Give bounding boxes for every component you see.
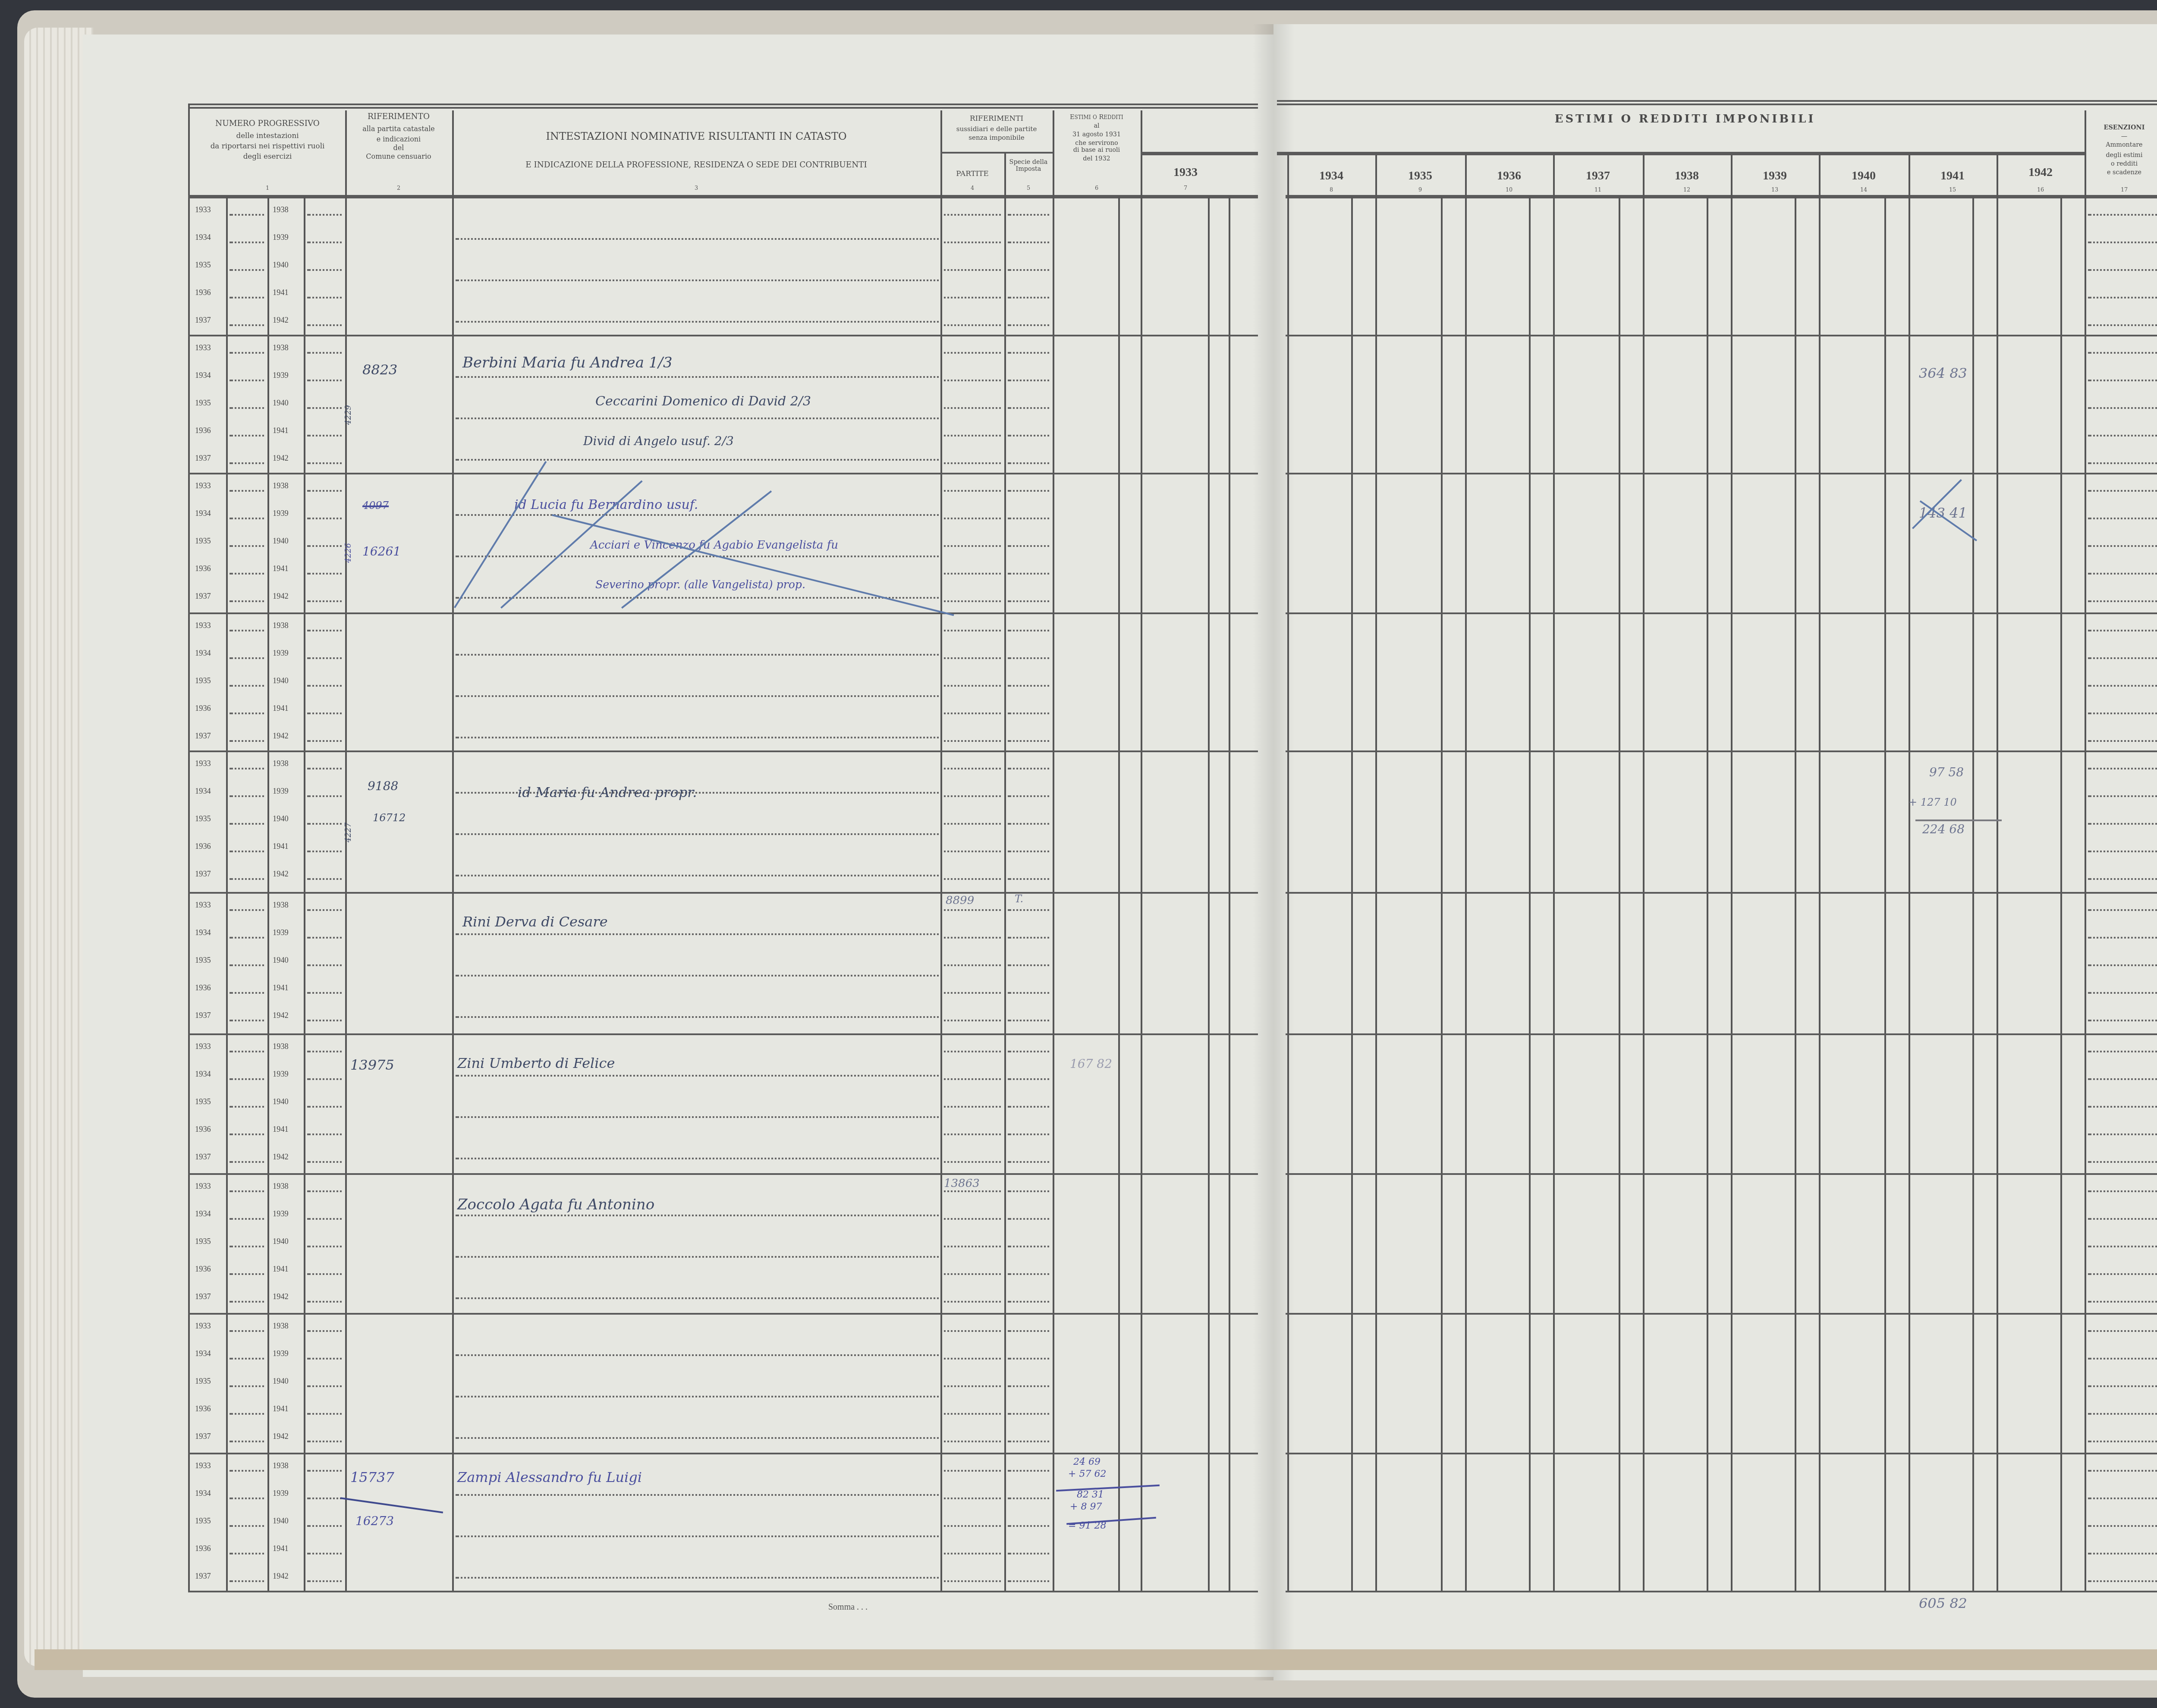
- year-label: 1937: [195, 592, 211, 600]
- year-label: 1940: [273, 1097, 289, 1106]
- dotted-rule: [456, 654, 939, 656]
- year-label: 1935: [195, 814, 211, 823]
- year-label: 1935: [195, 1377, 211, 1385]
- year-label: 1936: [195, 1265, 211, 1273]
- dotted-rule: [1008, 1498, 1049, 1499]
- dotted-rule: [944, 909, 1001, 911]
- year-label: 1940: [273, 261, 289, 269]
- dotted-rule: [456, 1354, 939, 1356]
- dotted-rule: [307, 1020, 342, 1021]
- dotted-rule: [1008, 878, 1049, 880]
- col-divider: [1529, 197, 1531, 1591]
- dotted-rule: [2088, 657, 2157, 659]
- dotted-rule: [1008, 657, 1049, 659]
- dotted-rule: [2088, 1441, 2157, 1442]
- year-label: 1936: [195, 288, 211, 297]
- dotted-rule: [230, 1580, 264, 1582]
- entry-2-1941-value: 364 83: [1919, 366, 1967, 381]
- year-label: 1941: [273, 704, 289, 713]
- dotted-rule: [307, 297, 342, 298]
- dotted-rule: [230, 630, 264, 631]
- frame-left: [188, 104, 190, 1591]
- dotted-rule: [307, 380, 342, 381]
- dotted-rule: [230, 490, 264, 492]
- dotted-rule: [456, 695, 939, 697]
- header-bottom-rule: [188, 195, 1258, 198]
- dotted-rule: [230, 297, 264, 298]
- year-label: 1939: [273, 1349, 289, 1358]
- col-number: 11: [1553, 186, 1643, 193]
- header-year-1937: 1937: [1553, 169, 1643, 183]
- dotted-rule: [944, 630, 1001, 631]
- year-label: 1939: [273, 509, 289, 518]
- col-divider: [1884, 197, 1886, 1591]
- year-label: 1941: [273, 983, 289, 992]
- dotted-rule: [2088, 380, 2157, 381]
- entry-3-riferimento-old: 4097: [362, 500, 389, 512]
- year-label: 1937: [195, 1432, 211, 1441]
- dotted-rule: [1008, 740, 1049, 742]
- col-divider: [1375, 155, 1377, 1591]
- dotted-rule: [944, 992, 1001, 994]
- dotted-rule: [2088, 992, 2157, 994]
- entry-2-progressivo: 4229: [346, 405, 354, 425]
- dotted-rule: [944, 1580, 1001, 1582]
- dotted-rule: [307, 573, 342, 575]
- col-divider: [1004, 152, 1006, 1591]
- dotted-rule: [230, 1358, 264, 1359]
- entry-7-riferimento: 13975: [350, 1058, 394, 1073]
- year-label: 1940: [273, 1237, 289, 1246]
- col-divider: [1819, 155, 1821, 1591]
- dotted-rule: [944, 600, 1001, 602]
- year-label: 1938: [273, 1182, 289, 1190]
- header-col6-line: di base ai ruoli: [1053, 148, 1141, 156]
- header-col2-line: Comune censuario: [345, 152, 452, 162]
- right-page: [1273, 24, 2157, 1680]
- entry-5-1941-calc-total: 224 68: [1922, 823, 1965, 837]
- dotted-rule: [944, 1470, 1001, 1472]
- dotted-rule: [1008, 1273, 1049, 1275]
- entry-7-col6-value: 167 82: [1070, 1058, 1112, 1071]
- dotted-rule: [456, 597, 939, 599]
- year-label: 1937: [195, 870, 211, 878]
- dotted-rule: [307, 214, 342, 216]
- header-col1-line: degli esercizi: [190, 151, 345, 161]
- dotted-rule: [2088, 823, 2157, 825]
- dotted-rule: [456, 1256, 939, 1258]
- dotted-rule: [230, 573, 264, 575]
- dotted-rule: [1008, 685, 1049, 687]
- dotted-rule: [230, 435, 264, 436]
- year-label: 1933: [195, 1042, 211, 1051]
- dotted-rule: [307, 1273, 342, 1275]
- col-divider: [1909, 155, 1910, 1591]
- col-divider: [2085, 110, 2086, 1591]
- dotted-rule: [307, 1441, 342, 1442]
- entry-8-name: Zoccolo Agata fu Antonino: [457, 1197, 654, 1215]
- dotted-rule: [307, 1580, 342, 1582]
- entry-10-name: Zampi Alessandro fu Luigi: [457, 1470, 642, 1485]
- entry-3-name-line3: Severino propr. (alle Vangelista) prop.: [595, 580, 805, 592]
- dotted-rule: [944, 352, 1001, 354]
- year-label: 1942: [273, 732, 289, 740]
- dotted-rule: [456, 1535, 939, 1537]
- dotted-rule: [230, 1106, 264, 1108]
- dotted-rule: [1008, 851, 1049, 852]
- dotted-rule: [230, 1051, 264, 1052]
- header-col3-subtitle: E INDICAZIONE DELLA PROFESSIONE, RESIDEN…: [452, 162, 940, 173]
- dotted-rule: [230, 1246, 264, 1247]
- header-partite: PARTITE: [940, 169, 1004, 179]
- dotted-rule: [230, 600, 264, 602]
- dotted-rule: [2088, 214, 2157, 216]
- dotted-rule: [944, 1553, 1001, 1554]
- year-label: 1934: [195, 1209, 211, 1218]
- dotted-rule: [1008, 518, 1049, 519]
- dotted-rule: [1008, 435, 1049, 436]
- dotted-rule: [944, 1358, 1001, 1359]
- binding-cloth: [35, 1649, 2157, 1670]
- col-divider: [304, 197, 305, 1591]
- year-label: 1937: [195, 1292, 211, 1301]
- dotted-rule: [944, 1246, 1001, 1247]
- dotted-rule: [307, 851, 342, 852]
- entry-10-col6-calc-a: 24 69: [1073, 1458, 1101, 1468]
- dotted-rule: [307, 518, 342, 519]
- header-esenzioni-title: ESENZIONI: [2085, 124, 2157, 133]
- dotted-rule: [1008, 713, 1049, 714]
- year-label: 1942: [273, 592, 289, 600]
- dotted-rule: [307, 630, 342, 631]
- header-col1-title: NUMERO PROGRESSIVO: [190, 121, 345, 132]
- dotted-rule: [307, 1301, 342, 1303]
- year-label: 1933: [195, 205, 211, 214]
- dotted-rule: [456, 1016, 939, 1018]
- entry-10-col6-calc-c: 82 31: [1077, 1491, 1104, 1501]
- dotted-rule: [230, 713, 264, 714]
- dotted-rule: [230, 1553, 264, 1554]
- dotted-rule: [230, 1273, 264, 1275]
- year-label: 1941: [273, 1404, 289, 1413]
- dotted-rule: [944, 795, 1001, 797]
- header-col2-line: alla partita catastale: [345, 125, 452, 134]
- col-divider: [1795, 197, 1796, 1591]
- dotted-rule: [230, 324, 264, 326]
- header-riferimenti-title: RIFERIMENTI: [940, 114, 1053, 124]
- dotted-rule: [944, 435, 1001, 436]
- col-number: 10: [1465, 186, 1553, 193]
- dotted-rule: [2088, 435, 2157, 436]
- group-separator: [1286, 1313, 2157, 1315]
- dotted-rule: [307, 823, 342, 825]
- dotted-rule: [2088, 740, 2157, 742]
- dotted-rule: [1008, 1580, 1049, 1582]
- dotted-rule: [307, 1246, 342, 1247]
- year-label: 1937: [195, 316, 211, 324]
- year-label: 1935: [195, 956, 211, 964]
- dotted-rule: [944, 462, 1001, 464]
- dotted-rule: [944, 851, 1001, 852]
- dotted-rule: [1008, 462, 1049, 464]
- year-label: 1933: [195, 1322, 211, 1330]
- dotted-rule: [1008, 380, 1049, 381]
- dotted-rule: [307, 713, 342, 714]
- dotted-rule: [1008, 1078, 1049, 1080]
- col-number: 8: [1287, 186, 1375, 193]
- dotted-rule: [2088, 1078, 2157, 1080]
- dotted-rule: [944, 1330, 1001, 1332]
- entry-5-name: id Maria fu Andrea propr.: [518, 785, 697, 801]
- dotted-rule: [307, 600, 342, 602]
- group-separator: [188, 892, 1258, 894]
- dotted-rule: [2088, 1218, 2157, 1220]
- header-year-1933: 1933: [1141, 166, 1230, 179]
- entry-2-riferimento: 8823: [362, 362, 397, 378]
- dotted-rule: [1008, 937, 1049, 939]
- year-label: 1938: [273, 481, 289, 490]
- dotted-rule: [1008, 1301, 1049, 1303]
- dotted-rule: [307, 685, 342, 687]
- ledger-scan: Mod. 111 - Imposte Dirette (Intercalare)…: [0, 0, 2157, 1708]
- dotted-rule: [307, 1161, 342, 1163]
- dotted-rule: [2088, 518, 2157, 519]
- entry-3-name-line1: id Lucia fu Bernardino usuf.: [514, 497, 698, 512]
- dotted-rule: [307, 740, 342, 742]
- dotted-rule: [307, 1470, 342, 1472]
- dotted-rule: [230, 851, 264, 852]
- dotted-rule: [944, 657, 1001, 659]
- dotted-rule: [456, 376, 939, 378]
- year-label: 1940: [273, 956, 289, 964]
- dotted-rule: [2088, 713, 2157, 714]
- dotted-rule: [307, 1078, 342, 1080]
- header-estimi-title: ESTIMI O REDDITI IMPONIBILI: [1286, 112, 2085, 127]
- header-col6-line: al: [1053, 122, 1141, 130]
- header-esenzioni-line: o redditi: [2085, 160, 2157, 169]
- dotted-rule: [307, 1525, 342, 1527]
- year-label: 1935: [195, 399, 211, 407]
- col-divider: [2060, 197, 2062, 1591]
- dotted-rule: [944, 545, 1001, 547]
- entry-6-partite: 8899: [946, 894, 974, 907]
- year-label: 1937: [195, 1152, 211, 1161]
- dotted-rule: [456, 1396, 939, 1397]
- year-label: 1936: [195, 704, 211, 713]
- dotted-rule: [230, 1133, 264, 1135]
- dotted-rule: [307, 1190, 342, 1192]
- year-label: 1938: [273, 205, 289, 214]
- dotted-rule: [2088, 1553, 2157, 1554]
- dotted-rule: [2088, 462, 2157, 464]
- year-label: 1942: [273, 454, 289, 462]
- dotted-rule: [307, 490, 342, 492]
- dotted-rule: [2088, 1470, 2157, 1472]
- dotted-rule: [307, 909, 342, 911]
- dotted-rule: [1008, 490, 1049, 492]
- dotted-rule: [456, 556, 939, 557]
- col-divider: [1287, 155, 1289, 1591]
- dotted-rule: [1008, 1525, 1049, 1527]
- entry-5-1941-calc-a: 97 58: [1929, 766, 1964, 780]
- dotted-rule: [944, 324, 1001, 326]
- dotted-rule: [1008, 768, 1049, 769]
- dotted-rule: [230, 1413, 264, 1415]
- dotted-rule: [944, 1106, 1001, 1108]
- dotted-rule: [944, 823, 1001, 825]
- dotted-rule: [944, 1020, 1001, 1021]
- group-separator: [188, 612, 1258, 614]
- entry-10-col6-calc-total: = 91 28: [1068, 1522, 1106, 1532]
- header-col1-line: da riportarsi nei rispettivi ruoli: [190, 141, 345, 151]
- dotted-rule: [2088, 573, 2157, 575]
- dotted-rule: [307, 1553, 342, 1554]
- col-divider: [1731, 155, 1733, 1591]
- dotted-rule: [230, 964, 264, 966]
- year-label: 1936: [195, 983, 211, 992]
- dotted-rule: [2088, 1051, 2157, 1052]
- year-label: 1935: [195, 1097, 211, 1106]
- entry-3-riferimento: 16261: [362, 545, 401, 559]
- year-label: 1942: [273, 1572, 289, 1580]
- dotted-rule: [1008, 214, 1049, 216]
- dotted-rule: [307, 1498, 342, 1499]
- year-label: 1934: [195, 509, 211, 518]
- entry-10-col6-calc-d: + 8 97: [1070, 1503, 1102, 1513]
- entry-10-col6-calc-b: + 57 62: [1068, 1470, 1106, 1480]
- col-number: 2: [345, 185, 452, 192]
- dotted-rule: [944, 242, 1001, 243]
- group-separator: [1286, 473, 2157, 474]
- dotted-rule: [307, 1133, 342, 1135]
- year-label: 1939: [273, 787, 289, 795]
- dotted-rule: [456, 321, 939, 323]
- col-number: 16: [1997, 186, 2085, 193]
- header-year-1936: 1936: [1465, 169, 1553, 183]
- group-separator: [188, 1453, 1258, 1454]
- col-divider: [452, 110, 454, 1591]
- dotted-rule: [1008, 1106, 1049, 1108]
- entry-3-name-line2: Acciari e Vincenzo fu Agabio Evangelista…: [590, 538, 838, 552]
- dotted-rule: [1008, 992, 1049, 994]
- year-label: 1936: [195, 426, 211, 435]
- header-riferimenti-line: sussidiari e delle partite: [940, 124, 1053, 133]
- dotted-rule: [944, 297, 1001, 298]
- dotted-rule: [1008, 324, 1049, 326]
- year-label: 1942: [273, 316, 289, 324]
- dotted-rule: [1008, 600, 1049, 602]
- year-label: 1939: [273, 649, 289, 657]
- header-year-1934: 1934: [1287, 169, 1375, 183]
- year-label: 1939: [273, 233, 289, 242]
- dotted-rule: [2088, 269, 2157, 271]
- dotted-rule: [230, 657, 264, 659]
- dotted-rule: [230, 352, 264, 354]
- dotted-rule: [230, 1218, 264, 1220]
- dotted-rule: [230, 795, 264, 797]
- entry-5-progressivo: 4227: [346, 823, 354, 842]
- dotted-rule: [944, 964, 1001, 966]
- header-esenzioni-line: —: [2085, 133, 2157, 142]
- dotted-rule: [230, 1470, 264, 1472]
- col-number: 9: [1375, 186, 1465, 193]
- dotted-rule: [2088, 1498, 2157, 1499]
- group-separator: [188, 473, 1258, 474]
- col-divider: [267, 197, 269, 1591]
- dotted-rule: [2088, 630, 2157, 631]
- dotted-rule: [944, 1385, 1001, 1387]
- year-label: 1939: [273, 1209, 289, 1218]
- year-label: 1940: [273, 676, 289, 685]
- col-divider: [1972, 197, 1974, 1591]
- col-number: 6: [1053, 185, 1141, 192]
- group-separator: [188, 1033, 1258, 1035]
- dotted-rule: [456, 1158, 939, 1159]
- dotted-rule: [307, 462, 342, 464]
- year-label: 1934: [195, 233, 211, 242]
- group-separator: [1286, 1033, 2157, 1035]
- year-label: 1933: [195, 481, 211, 490]
- dotted-rule: [307, 352, 342, 354]
- year-label: 1936: [195, 842, 211, 851]
- dotted-rule: [2088, 964, 2157, 966]
- dotted-rule: [2088, 352, 2157, 354]
- dotted-rule: [307, 1330, 342, 1332]
- year-label: 1942: [273, 1152, 289, 1161]
- dotted-rule: [1008, 1330, 1049, 1332]
- group-separator: [1286, 750, 2157, 752]
- dotted-rule: [307, 878, 342, 880]
- frame-top: [188, 104, 1258, 109]
- dotted-rule: [230, 269, 264, 271]
- col-divider: [1053, 110, 1054, 1591]
- entry-5-riferimento-2: 16712: [373, 813, 406, 825]
- dotted-rule: [456, 933, 939, 935]
- dotted-rule: [2088, 851, 2157, 852]
- dotted-rule: [230, 242, 264, 243]
- col-divider: [1118, 197, 1120, 1591]
- dotted-rule: [2088, 795, 2157, 797]
- year-label: 1939: [273, 1070, 289, 1078]
- dotted-rule: [944, 1413, 1001, 1415]
- header-col1: NUMERO PROGRESSIVO delle intestazioni da…: [190, 121, 345, 161]
- dotted-rule: [1008, 242, 1049, 243]
- dotted-rule: [307, 768, 342, 769]
- year-label: 1941: [273, 1125, 289, 1133]
- dotted-rule: [2088, 1580, 2157, 1582]
- dotted-rule: [230, 1078, 264, 1080]
- col-number: 1: [190, 185, 345, 192]
- dotted-rule: [2088, 297, 2157, 298]
- dotted-rule: [456, 279, 939, 281]
- dotted-rule: [307, 657, 342, 659]
- dotted-rule: [1008, 630, 1049, 631]
- col-divider: [1707, 197, 1708, 1591]
- year-label: 1939: [273, 1489, 289, 1498]
- dotted-rule: [307, 1106, 342, 1108]
- dotted-rule: [230, 823, 264, 825]
- header-col6: Estimi o Redditi al 31 agosto 1931 che s…: [1053, 114, 1141, 164]
- group-separator: [1286, 892, 2157, 894]
- group-separator: [188, 335, 1258, 336]
- year-label: 1942: [273, 1011, 289, 1020]
- dotted-rule: [230, 1498, 264, 1499]
- dotted-rule: [944, 1078, 1001, 1080]
- dotted-rule: [944, 1273, 1001, 1275]
- dotted-rule: [1008, 573, 1049, 575]
- dotted-rule: [230, 909, 264, 911]
- dotted-rule: [230, 740, 264, 742]
